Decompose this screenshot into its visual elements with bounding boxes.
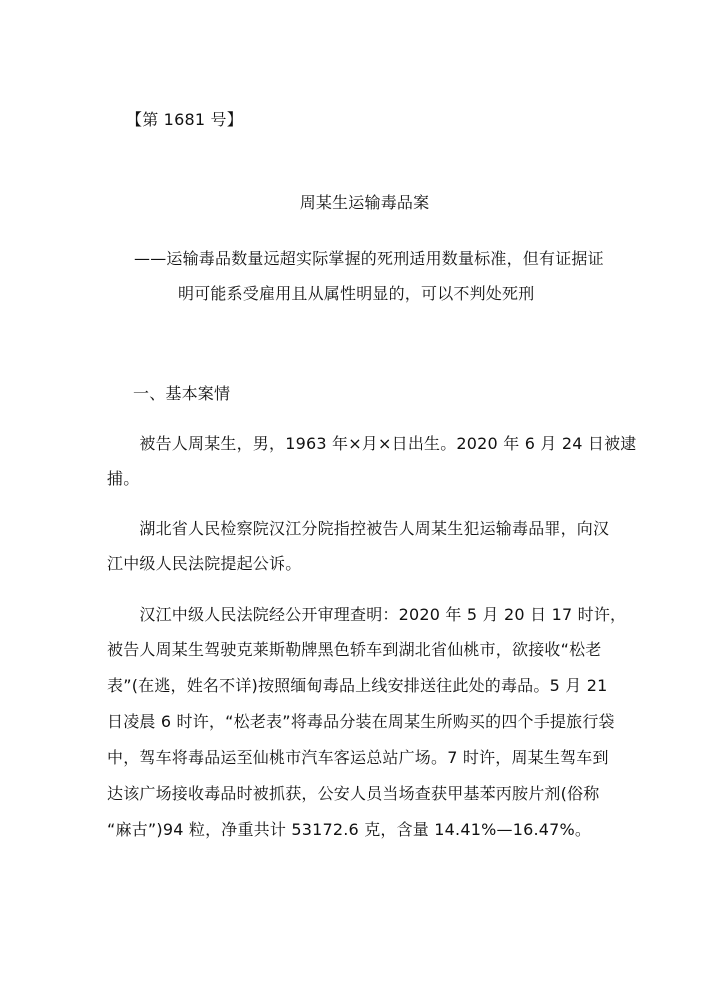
paragraph-3-line-3: 表”(在逃，姓名不详)按照缅甸毒品上线安排送往此处的毒品。5 月 21 <box>107 676 603 696</box>
case-title: 周某生运输毒品案 <box>0 193 707 213</box>
paragraph-2-line-2: 江中级人民法院提起公诉。 <box>107 554 603 574</box>
paragraph-3-line-2: 被告人周某生驾驶克莱斯勒牌黑色轿车到湖北省仙桃市，欲接收“松老 <box>107 640 603 660</box>
document-page: 【第 1681 号】 周某生运输毒品案 ——运输毒品数量远超实际掌握的死刑适用数… <box>0 0 707 999</box>
paragraph-3-line-4: 日凌晨 6 时许，“松老表”将毒品分装在周某生所购买的四个手提旅行袋 <box>107 712 603 732</box>
case-number: 【第 1681 号】 <box>126 110 243 130</box>
paragraph-1-line-2: 捕。 <box>107 469 603 489</box>
paragraph-3-line-6: 达该广场接收毒品时被抓获，公安人员当场查获甲基苯丙胺片剂(俗称 <box>107 784 603 804</box>
paragraph-3-line-7: “麻古”)94 粒，净重共计 53172.6 克，含量 14.41%—16.47… <box>107 820 603 840</box>
section-heading: 一、基本案情 <box>133 384 230 404</box>
subtitle-line-2: 明可能系受雇用且从属性明显的，可以不判处死刑 <box>178 284 534 304</box>
paragraph-3-line-5: 中，驾车将毒品运至仙桃市汽车客运总站广场。7 时许，周某生驾车到 <box>107 748 603 768</box>
paragraph-3-line-1: 汉江中级人民法院经公开审理查明：2020 年 5 月 20 日 17 时许， <box>107 605 603 625</box>
paragraph-2-line-1: 湖北省人民检察院汉江分院指控被告人周某生犯运输毒品罪，向汉 <box>107 519 603 539</box>
paragraph-1-line-1: 被告人周某生，男，1963 年×月×日出生。2020 年 6 月 24 日被逮 <box>107 434 603 454</box>
subtitle-line-1: ——运输毒品数量远超实际掌握的死刑适用数量标准，但有证据证 <box>134 249 604 269</box>
